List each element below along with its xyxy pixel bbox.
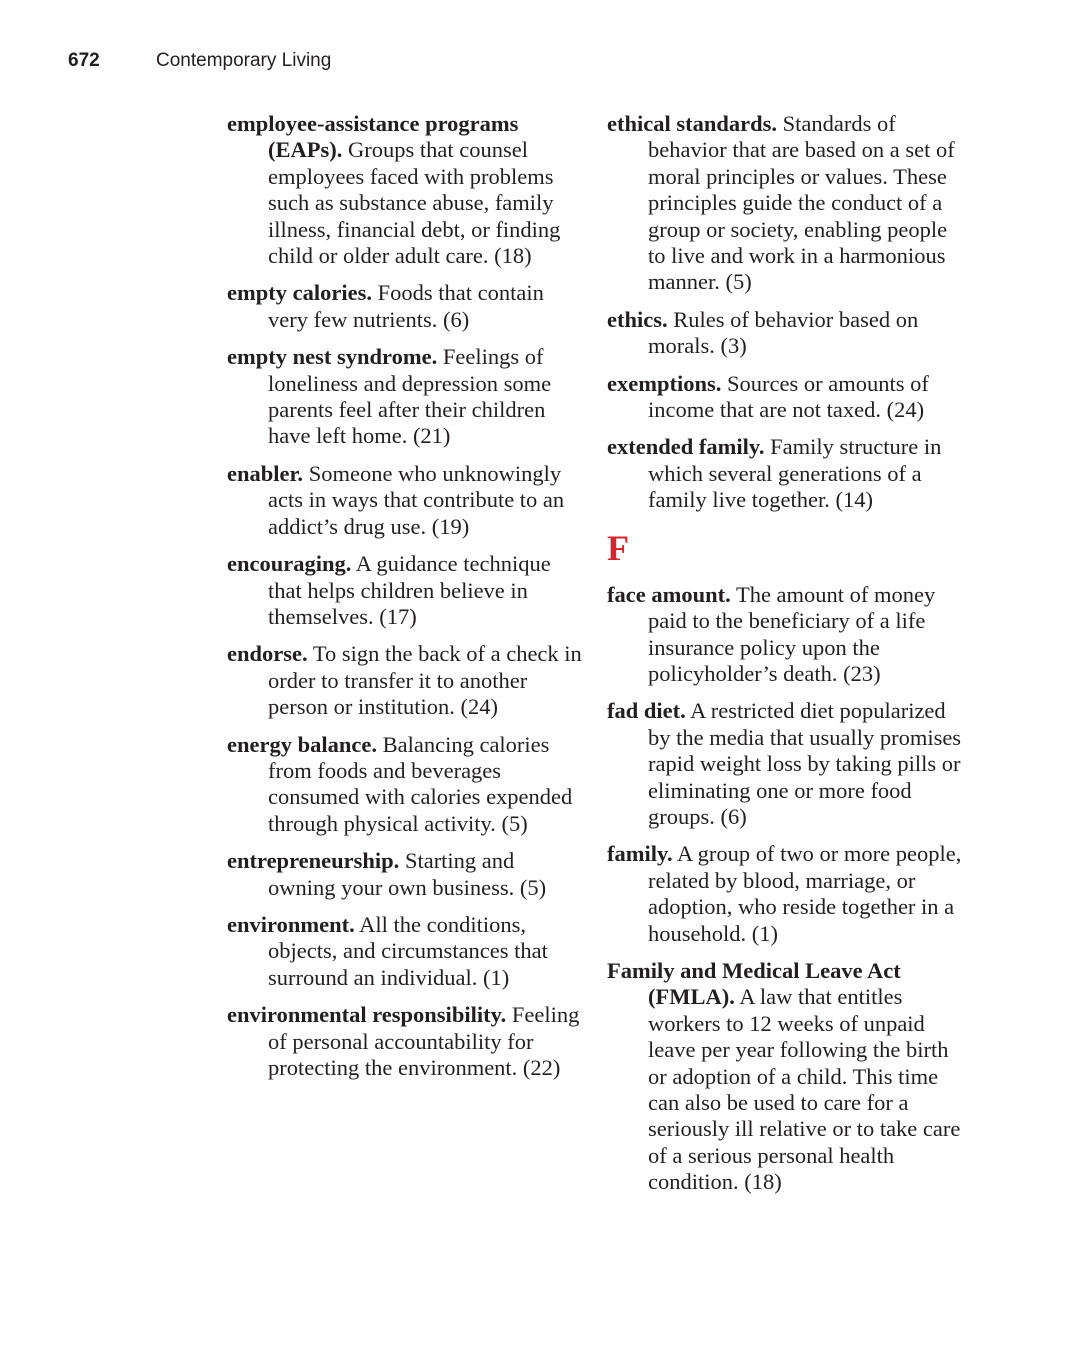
glossary-term: exemptions. <box>607 371 721 396</box>
glossary-entry: face amount. The amount of money paid to… <box>607 582 962 688</box>
running-head: Contemporary Living <box>156 49 331 73</box>
glossary-term: entrepreneurship. <box>227 848 399 873</box>
glossary-term: environment. <box>227 912 355 937</box>
glossary-definition: A law that entitles workers to 12 weeks … <box>648 984 960 1194</box>
glossary-term: encouraging. <box>227 551 351 576</box>
glossary-entry: extended family. Family structure in whi… <box>607 434 962 513</box>
glossary-term: fad diet. <box>607 698 686 723</box>
glossary-term: extended family. <box>607 434 765 459</box>
glossary-definition: A group of two or more people, related b… <box>648 841 961 945</box>
section-letter-heading: F <box>607 528 962 568</box>
glossary-entry: enabler. Someone who unknowingly acts in… <box>227 461 582 540</box>
glossary-entry: family. A group of two or more people, r… <box>607 841 962 947</box>
glossary-definition: Someone who unknowingly acts in ways tha… <box>268 461 564 539</box>
glossary-term: face amount. <box>607 582 731 607</box>
glossary-entry: employee-assistance programs (EAPs). Gro… <box>227 111 582 269</box>
glossary-term: ethical standards. <box>607 111 777 136</box>
glossary-definition: Rules of behavior based on morals. (3) <box>648 307 918 358</box>
page-header: 672 Contemporary Living <box>68 49 331 73</box>
glossary-definition: To sign the back of a check in order to … <box>268 641 582 719</box>
glossary-entry: empty calories. Foods that contain very … <box>227 280 582 333</box>
glossary-entry: empty nest syndrome. Feelings of lonelin… <box>227 344 582 450</box>
glossary-entry: environmental responsibility. Feeling of… <box>227 1002 582 1081</box>
glossary-entry: endorse. To sign the back of a check in … <box>227 641 582 720</box>
glossary-entry: exemptions. Sources or amounts of income… <box>607 371 962 424</box>
glossary-term: empty calories. <box>227 280 372 305</box>
glossary-entry: environment. All the conditions, objects… <box>227 912 582 991</box>
glossary-term: environmental responsibility. <box>227 1002 506 1027</box>
glossary-term: energy balance. <box>227 732 377 757</box>
glossary-entry: Family and Medical Leave Act (FMLA). A l… <box>607 958 962 1196</box>
glossary-entry: fad diet. A restricted diet popularized … <box>607 698 962 830</box>
glossary-entry: energy balance. Balancing calories from … <box>227 732 582 838</box>
glossary-definition: Standards of behavior that are based on … <box>648 111 955 294</box>
glossary-term: empty nest syndrome. <box>227 344 437 369</box>
glossary-column-left: employee-assistance programs (EAPs). Gro… <box>227 111 582 1092</box>
glossary-column-right: ethical standards. Standards of behavior… <box>607 111 962 1207</box>
glossary-definition: A restricted diet popularized by the med… <box>648 698 961 829</box>
glossary-entry: ethics. Rules of behavior based on moral… <box>607 307 962 360</box>
glossary-entry: encouraging. A guidance technique that h… <box>227 551 582 630</box>
glossary-term: endorse. <box>227 641 308 666</box>
glossary-entry: entrepreneurship. Starting and owning yo… <box>227 848 582 901</box>
glossary-term: family. <box>607 841 673 866</box>
page-number: 672 <box>68 49 156 73</box>
glossary-term: enabler. <box>227 461 303 486</box>
glossary-entry: ethical standards. Standards of behavior… <box>607 111 962 296</box>
glossary-term: ethics. <box>607 307 668 332</box>
